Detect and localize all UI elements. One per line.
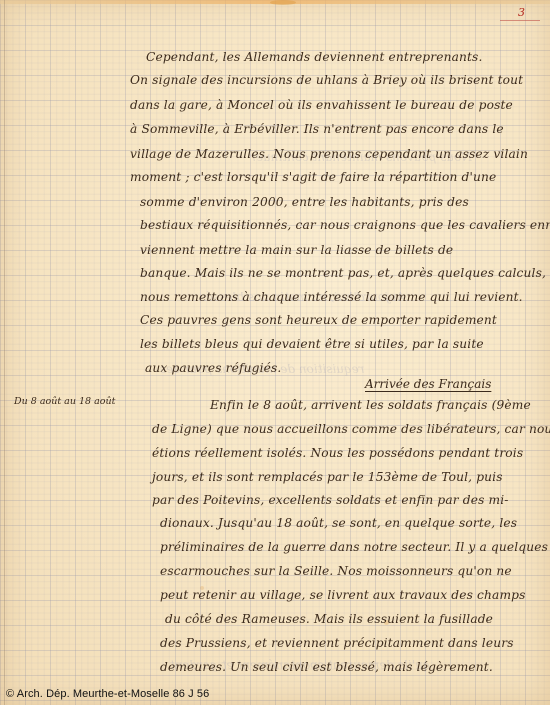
text-line: aux pauvres réfugiés. xyxy=(145,361,281,375)
text-line: les billets bleus qui devaient être si u… xyxy=(140,337,484,351)
text-line: escarmouches sur la Seille. Nos moissonn… xyxy=(160,564,512,578)
text-line: jours, et ils sont remplacés par le 153è… xyxy=(152,470,503,484)
text-line: village de Mazerulles. Nous prenons cepe… xyxy=(130,147,528,161)
text-line: à Sommeville, à Erbéviller. Ils n'entren… xyxy=(130,122,504,136)
text-line: bestiaux réquisitionnés, car nous craign… xyxy=(140,218,550,232)
page-number: 3 xyxy=(518,6,525,19)
text-line: dans la gare, à Moncel où ils envahissen… xyxy=(130,98,513,112)
text-line: banque. Mais ils ne se montrent pas, et,… xyxy=(140,266,546,280)
text-line: viennent mettre la main sur la liasse de… xyxy=(140,243,453,257)
text-line: des Prussiens, et reviennent précipitamm… xyxy=(160,636,514,650)
text-line: peut retenir au village, se livrent aux … xyxy=(160,588,526,602)
margin-note-date-range: Du 8 août au 18 août xyxy=(14,396,115,407)
text-line: du côté des Rameuses. Mais ils essuient … xyxy=(165,612,493,626)
text-line: Cependant, les Allemands deviennent entr… xyxy=(146,50,483,64)
paper-left-edge xyxy=(4,0,5,705)
text-line: de Ligne) que nous accueillons comme des… xyxy=(152,422,550,436)
manuscript-page: Nous pouvons maintenant continuer Aujour… xyxy=(0,0,550,705)
text-line: On signale des incursions de uhlans à Br… xyxy=(130,73,523,87)
text-line: par des Poitevins, excellents soldats et… xyxy=(152,493,509,507)
text-line: moment ; c'est lorsqu'il s'agit de faire… xyxy=(130,170,496,184)
text-line: Enfin le 8 août, arrivent les soldats fr… xyxy=(210,398,531,412)
text-line: Ces pauvres gens sont heureux de emporte… xyxy=(140,313,497,327)
archive-copyright-caption: © Arch. Dép. Meurthe-et-Moselle 86 J 56 xyxy=(6,688,209,700)
text-line: étions réellement isolés. Nous les possé… xyxy=(152,446,523,460)
text-line: préliminaires de la guerre dans notre se… xyxy=(160,540,548,554)
text-line: demeures. Un seul civil est blessé, mais… xyxy=(160,660,493,674)
text-line: dionaux. Jusqu'au 18 août, se sont, en q… xyxy=(160,516,517,530)
page-number-underline xyxy=(500,20,540,21)
paper-stain xyxy=(270,0,296,5)
section-heading: Arrivée des Français xyxy=(365,377,491,391)
text-line: nous remettons à chaque intéressé la som… xyxy=(140,290,523,304)
text-line: somme d'environ 2000, entre les habitant… xyxy=(140,195,469,209)
